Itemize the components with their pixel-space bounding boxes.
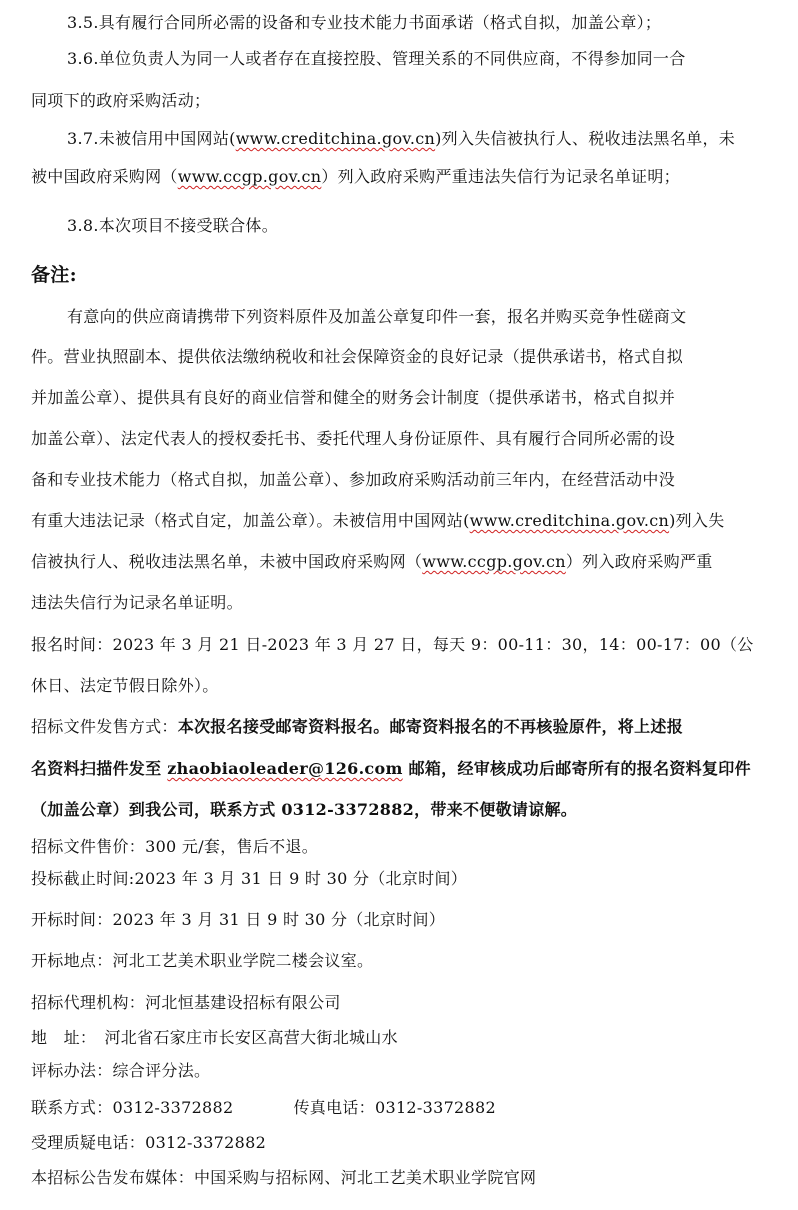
registration-time-line1: 报名时间：2023 年 3 月 21 日-2023 年 3 月 27 日，每天 … <box>31 632 754 655</box>
item-3-6-line2: 同项下的政府采购活动； <box>31 88 210 111</box>
remarks-line6: 有重大违法记录（格式自定，加盖公章）。未被信用中国网站(www.creditch… <box>31 508 725 531</box>
text: 名资料扫描件发至 <box>31 759 161 778</box>
agency: 招标代理机构：河北恒基建设招标有限公司 <box>31 990 341 1013</box>
remarks-line4: 加盖公章）、法定代表人的授权委托书、委托代理人身份证原件、具有履行合同所必需的设 <box>31 426 675 449</box>
evaluation-method: 评标办法：综合评分法。 <box>31 1058 210 1081</box>
text: 3.7.未被信用中国网站( <box>67 129 236 148</box>
text: 信被执行人、税收违法黑名单，未被中国政府采购网（ <box>31 552 422 571</box>
sale-method-label: 招标文件发售方式： <box>31 717 178 736</box>
remarks-line5: 备和专业技术能力（格式自拟，加盖公章）、参加政府采购活动前三年内，在经营活动中没 <box>31 467 675 490</box>
publish-media: 本招标公告发布媒体：中国采购与招标网、河北工艺美术职业学院官网 <box>31 1165 536 1188</box>
text: 邮箱，经审核成功后邮寄所有的报名资料复印件 <box>409 759 751 778</box>
sale-method-line3: （加盖公章）到我公司，联系方式 0312-3372882，带来不便敬请谅解。 <box>31 797 577 820</box>
item-3-8: 3.8.本次项目不接受联合体。 <box>67 213 278 236</box>
email-link[interactable]: zhaobiaoleader@126.com <box>167 759 402 778</box>
registration-time-line2: 休日、法定节假日除外）。 <box>31 673 219 696</box>
remarks-line1: 有意向的供应商请携带下列资料原件及加盖公章复印件一套，报名并购买竞争性磋商文 <box>67 304 686 327</box>
opening-place: 开标地点：河北工艺美术职业学院二楼会议室。 <box>31 948 373 971</box>
text: ）列入政府采购严重 <box>566 552 713 571</box>
remarks-line3: 并加盖公章）、提供具有良好的商业信誉和健全的财务会计制度（提供承诺书，格式自拟并 <box>31 385 675 408</box>
remarks-heading: 备注: <box>31 260 77 287</box>
text: 有重大违法记录（格式自定，加盖公章）。未被信用中国网站( <box>31 511 470 530</box>
item-3-7-line1: 3.7.未被信用中国网站(www.creditchina.gov.cn)列入失信… <box>67 126 735 149</box>
contact-row: 联系方式：0312-3372882传真电话：0312-3372882 <box>31 1095 496 1118</box>
complaint-phone: 受理质疑电话：0312-3372882 <box>31 1130 266 1153</box>
item-3-5: 3.5.具有履行合同所必需的设备和专业技术能力书面承诺（格式自拟，加盖公章）； <box>67 10 661 33</box>
opening-time: 开标时间：2023 年 3 月 31 日 9 时 30 分（北京时间） <box>31 907 445 930</box>
remarks-line2: 件。营业执照副本、提供依法缴纳税收和社会保障资金的良好记录（提供承诺书，格式自拟 <box>31 344 683 367</box>
ccgp-link[interactable]: www.ccgp.gov.cn <box>178 167 322 186</box>
text: 被中国政府采购网（ <box>31 167 178 186</box>
fax: 传真电话：0312-3372882 <box>293 1098 495 1117</box>
sale-method-line1: 招标文件发售方式：本次报名接受邮寄资料报名。邮寄资料报名的不再核验原件，将上述报 <box>31 714 683 737</box>
remarks-line7: 信被执行人、税收违法黑名单，未被中国政府采购网（www.ccgp.gov.cn）… <box>31 549 713 572</box>
text: ）列入政府采购严重违法失信行为记录名单证明； <box>321 167 680 186</box>
creditchina-link[interactable]: www.creditchina.gov.cn <box>236 129 435 148</box>
remarks-line8: 违法失信行为记录名单证明。 <box>31 590 243 613</box>
sale-method-text: 本次报名接受邮寄资料报名。邮寄资料报名的不再核验原件，将上述报 <box>178 717 683 736</box>
bid-deadline: 投标截止时间:2023 年 3 月 31 日 9 时 30 分（北京时间） <box>31 866 467 889</box>
address: 地 址： 河北省石家庄市长安区高营大街北城山水 <box>31 1025 398 1048</box>
text: )列入失 <box>669 511 724 530</box>
item-3-7-line2: 被中国政府采购网（www.ccgp.gov.cn）列入政府采购严重违法失信行为记… <box>31 164 680 187</box>
item-3-6-line1: 3.6.单位负责人为同一人或者存在直接控股、管理关系的不同供应商，不得参加同一合 <box>67 46 686 69</box>
contact-phone: 联系方式：0312-3372882 <box>31 1098 233 1117</box>
document-price: 招标文件售价：300 元/套，售后不退。 <box>31 834 318 857</box>
creditchina-link[interactable]: www.creditchina.gov.cn <box>470 511 669 530</box>
text: )列入失信被执行人、税收违法黑名单，未 <box>435 129 735 148</box>
ccgp-link[interactable]: www.ccgp.gov.cn <box>422 552 566 571</box>
sale-method-line2: 名资料扫描件发至 zhaobiaoleader@126.com 邮箱，经审核成功… <box>31 756 751 779</box>
